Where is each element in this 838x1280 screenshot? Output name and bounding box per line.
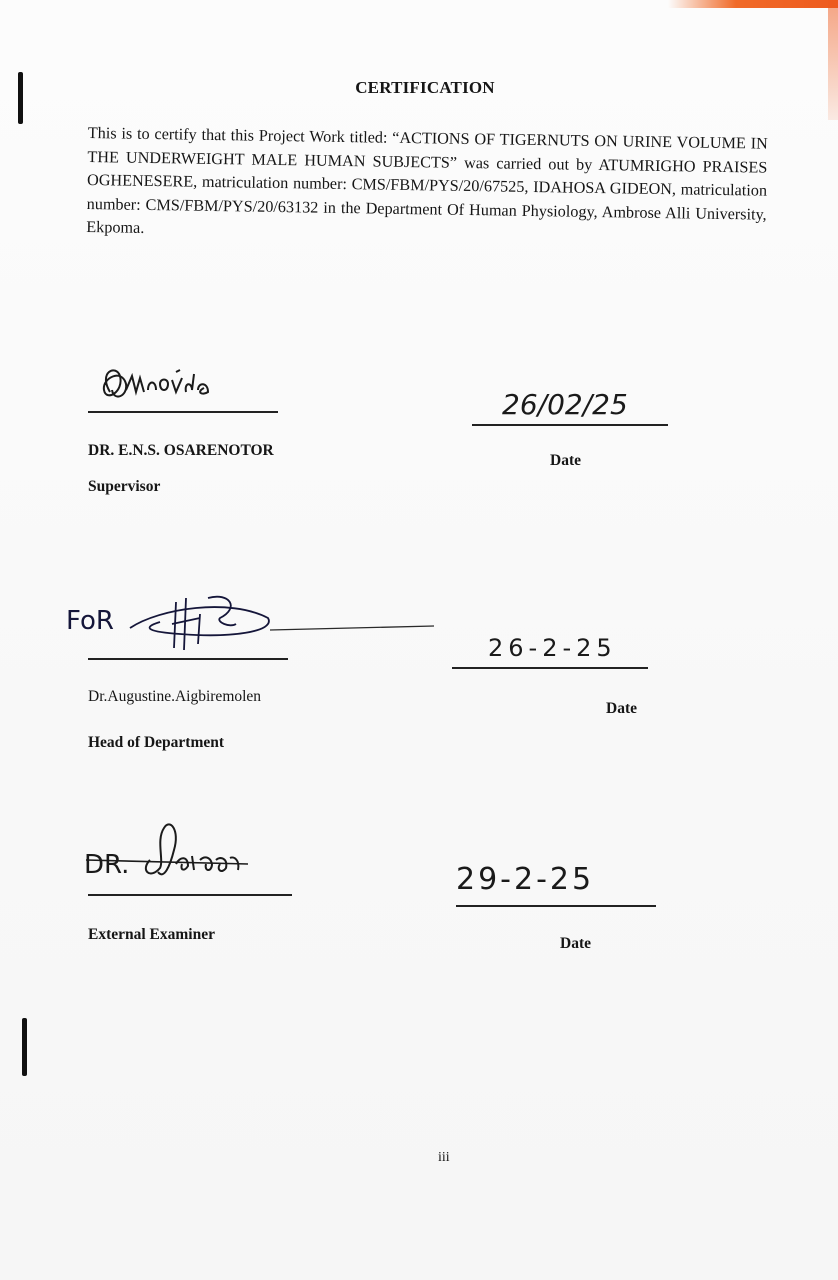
certification-paragraph: This is to certify that this Project Wor… [86,122,768,250]
hod-role: Head of Department [88,734,224,752]
supervisor-date-label: Date [550,452,581,470]
supervisor-date-line [472,424,668,426]
examiner-signature [130,820,260,895]
certification-text: This is to certify that this Project Wor… [86,122,768,250]
hod-signature-prefix: FoR [66,606,114,636]
page-number: iii [438,1150,450,1166]
supervisor-name: DR. E.N.S. OSARENOTOR [88,442,274,460]
hod-signature [120,588,440,663]
supervisor-role: Supervisor [88,478,160,496]
page-title: CERTIFICATION [0,78,838,98]
supervisor-handwritten-date: 26/02/25 [502,388,628,421]
examiner-date-label: Date [560,935,591,953]
binding-mark-bottom [22,1018,27,1076]
examiner-handwritten-date: 29-2-25 [456,862,594,897]
supervisor-signature-line [88,411,278,413]
examiner-role: External Examiner [88,926,215,944]
hod-date-label: Date [606,700,637,718]
page-edge-orange [668,0,838,8]
hod-handwritten-date: 26-2-25 [488,634,617,662]
examiner-date-line [456,905,656,907]
supervisor-signature [96,362,256,417]
examiner-signature-line [88,894,292,896]
page-edge-orange-side [828,0,838,120]
hod-date-line [452,667,648,669]
hod-signature-line [88,658,288,660]
hod-name: Dr.Augustine.Aigbiremolen [88,688,261,706]
document-page: CERTIFICATION This is to certify that th… [0,0,838,1280]
examiner-signature-prefix: DR. [84,850,129,880]
